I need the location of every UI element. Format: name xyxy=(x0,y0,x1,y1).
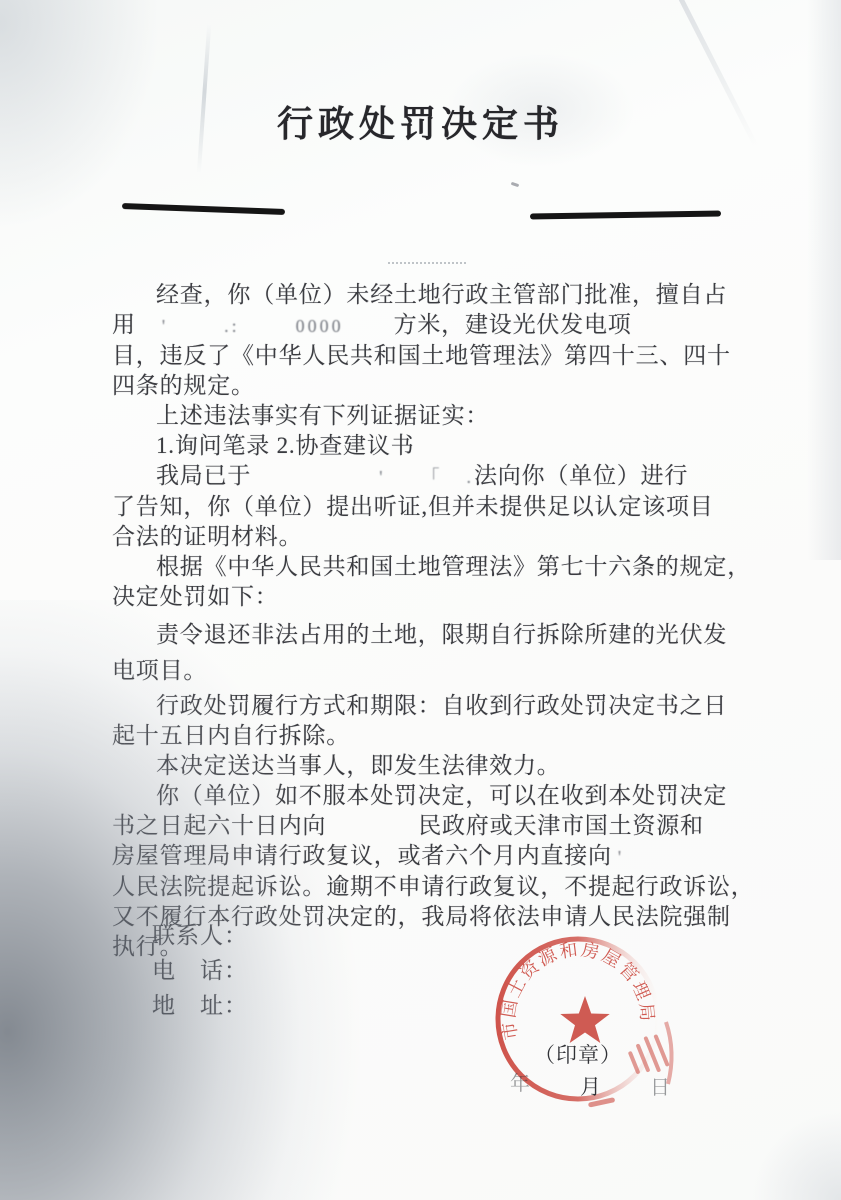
official-seal: 市国土资源和房屋管理局 （印章） 年 月 日 xyxy=(470,922,730,1152)
body-text: 你（单位）如不服本处罚决定，可以在收到本处罚决定 xyxy=(156,783,727,808)
body-line: 电项目。 xyxy=(112,656,737,686)
body-line: 经查，你（单位）未经土地行政主管部门批准，擅自占 xyxy=(112,280,737,310)
date-month-label: 月 xyxy=(580,1075,601,1099)
scan-shadow-right-edge xyxy=(807,0,841,560)
body-line: 根据《中华人民共和国土地管理法》第七十六条的规定， xyxy=(112,552,737,582)
body-line: 房屋管理局申请行政复议，或者六个月内直接向' xyxy=(112,841,737,872)
body-text: 房屋管理局申请行政复议，或者六个月内直接向 xyxy=(112,843,612,868)
faint-trace-text: ' xyxy=(379,467,385,487)
body-line: 上述违法事实有下列证据证实： xyxy=(112,401,737,431)
seal-star-icon xyxy=(560,996,609,1043)
redacted-blank xyxy=(344,331,394,332)
scan-shadow-bottom-right xyxy=(751,1110,841,1200)
document-title: 行政处罚决定书 xyxy=(0,96,841,147)
scanned-document-page: 行政处罚决定书 经查，你（单位）未经土地行政主管部门批准，擅自占用'.:0000… xyxy=(0,0,841,1200)
body-text: 经查，你（单位）未经土地行政主管部门批准，擅自占 xyxy=(156,282,727,307)
body-text: 本决定送达当事人，即发生法律效力。 xyxy=(156,753,561,778)
body-lines: 经查，你（单位）未经土地行政主管部门批准，擅自占用'.:0000方米，建设光伏发… xyxy=(112,280,737,962)
body-text: 合法的证明材料。 xyxy=(112,524,302,549)
body-text: 我局已于 xyxy=(156,463,251,488)
redacted-blank xyxy=(612,862,618,863)
faint-trace-text: . xyxy=(466,467,474,487)
body-text: 书之日起六十日内向 xyxy=(112,813,326,838)
body-line: 你（单位）如不服本处罚决定，可以在收到本处罚决定 xyxy=(112,781,737,811)
redacted-blank xyxy=(385,482,421,483)
date-year-label: 年 xyxy=(510,1072,530,1095)
body-line: 起十五日内自行拆除。 xyxy=(112,721,737,751)
body-line: 1.询问笔录 2.协查建议书 xyxy=(112,431,737,461)
faint-trace-text: ' xyxy=(618,847,624,867)
redacted-blank xyxy=(136,331,162,332)
redacted-blank xyxy=(240,331,296,332)
body-line: 书之日起六十日内向民政府或天津市国土资源和 xyxy=(112,811,737,841)
faint-trace-text: 「 xyxy=(421,467,442,487)
faint-dots-artifact xyxy=(388,262,466,264)
contact-person-label: 联系人： xyxy=(152,918,248,953)
body-text: 上述违法事实有下列证据证实： xyxy=(156,403,489,428)
body-text: 用 xyxy=(112,312,136,337)
body-text: 法向你（单位）进行 xyxy=(474,463,688,488)
contact-phone-label: 电 话： xyxy=(152,953,248,988)
redacted-blank xyxy=(326,832,418,833)
body-text: 方米，建设光伏发电项 xyxy=(394,312,632,337)
body-line: 决定处罚如下： xyxy=(112,582,737,612)
body-line: 合法的证明材料。 xyxy=(112,522,737,552)
body-text: 决定处罚如下： xyxy=(112,584,279,609)
body-text: 民政府或天津市国土资源和 xyxy=(418,813,704,838)
body-text: 根据《中华人民共和国土地管理法》第七十六条的规定， xyxy=(156,554,751,579)
faint-trace-text: .: xyxy=(224,316,240,336)
body-line: 本决定送达当事人，即发生法律效力。 xyxy=(112,751,737,781)
redaction-bar-left xyxy=(122,203,285,215)
contact-block: 联系人： 电 话： 地 址： xyxy=(152,918,248,1023)
redaction-bar-right xyxy=(530,211,721,220)
body-text: 了告知，你（单位）提出听证,但并未提供足以认定该项目 xyxy=(112,494,714,519)
body-line: 人民法院提起诉讼。逾期不申请行政复议，不提起行政诉讼， xyxy=(112,872,737,902)
faint-trace-text: 0000 xyxy=(296,316,344,336)
body-line: 我局已于'「.法向你（单位）进行 xyxy=(112,461,737,492)
redacted-blank xyxy=(442,482,466,483)
body-text: 1.询问笔录 2.协查建议书 xyxy=(156,433,414,458)
body-line: 用'.:0000方米，建设光伏发电项 xyxy=(112,310,737,341)
body-line: 四条的规定。 xyxy=(112,371,737,401)
seal-center-note: （印章） xyxy=(534,1043,622,1067)
body-text: 电项目。 xyxy=(112,658,207,683)
body-text: 目，违反了《中华人民共和国土地管理法》第四十三、四十 xyxy=(112,343,731,368)
redacted-blank xyxy=(168,331,224,332)
seal-graphic: 市国土资源和房屋管理局 （印章） 年 月 日 xyxy=(470,922,730,1152)
contact-address-label: 地 址： xyxy=(152,988,248,1023)
body-text: 起十五日内自行拆除。 xyxy=(112,723,350,748)
faint-trace-text: ' xyxy=(162,316,168,336)
body-line: 目，违反了《中华人民共和国土地管理法》第四十三、四十 xyxy=(112,341,737,371)
body-line: 责令退还非法占用的土地，限期自行拆除所建的光伏发 xyxy=(112,620,737,650)
body-text: 责令退还非法占用的土地，限期自行拆除所建的光伏发 xyxy=(156,622,727,647)
body-text: 人民法院提起诉讼。逾期不申请行政复议，不提起行政诉讼， xyxy=(112,874,755,899)
body-line: 了告知，你（单位）提出听证,但并未提供足以认定该项目 xyxy=(112,492,737,522)
body-text: 行政处罚履行方式和期限：自收到行政处罚决定书之日 xyxy=(156,693,727,718)
redacted-blank xyxy=(251,482,379,483)
ink-speck xyxy=(511,182,520,187)
seal-fragment-edge xyxy=(666,1022,672,1084)
body-line: 行政处罚履行方式和期限：自收到行政处罚决定书之日 xyxy=(112,691,737,721)
body-text: 四条的规定。 xyxy=(112,373,255,398)
